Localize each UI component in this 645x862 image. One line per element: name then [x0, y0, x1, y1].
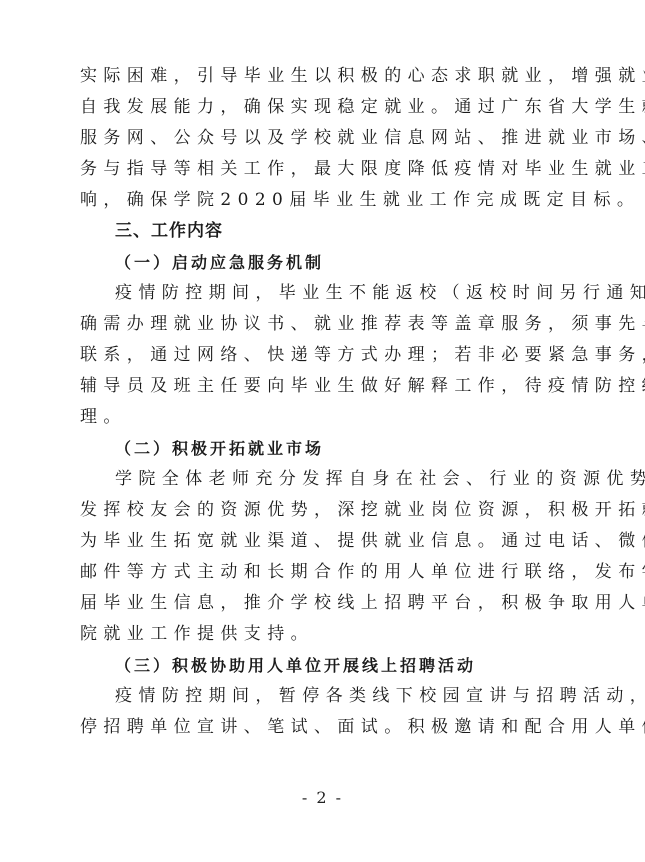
text-line: 发挥校友会的资源优势，深挖就业岗位资源，积极开拓就业市场，	[80, 495, 580, 526]
text-line: 邮件等方式主动和长期合作的用人单位进行联络，发布学院2020	[80, 557, 580, 588]
document-body: 实际困难，引导毕业生以积极的心态求职就业，增强就业能力和 自我发展能力，确保实现…	[80, 61, 580, 743]
document-page: 实际困难，引导毕业生以积极的心态求职就业，增强就业能力和 自我发展能力，确保实现…	[0, 0, 645, 862]
text-line: 服务网、公众号以及学校就业信息网站、推进就业市场、就业服	[80, 123, 580, 154]
text-line: 为毕业生拓宽就业渠道、提供就业信息。通过电话、微信、QQ、	[80, 526, 580, 557]
text-line: 停招聘单位宣讲、笔试、面试。积极邀请和配合用人单位通过腾	[80, 712, 580, 743]
text-line: 辅导员及班主任要向毕业生做好解释工作，待疫情防控结束后办	[80, 371, 580, 402]
subsection-heading: （二）积极开拓就业市场	[80, 433, 580, 464]
text-line: 实际困难，引导毕业生以积极的心态求职就业，增强就业能力和	[80, 61, 580, 92]
subsection-heading: （三）积极协助用人单位开展线上招聘活动	[80, 650, 580, 681]
text-line: 确需办理就业协议书、就业推荐表等盖章服务，须事先与辅导员	[80, 309, 580, 340]
paragraph-first-line: 疫情防控期间，毕业生不能返校（返校时间另行通知），如	[80, 278, 580, 309]
paragraph-first-line: 学院全体老师充分发挥自身在社会、行业的资源优势，充分	[80, 464, 580, 495]
text-line: 联系，通过网络、快递等方式办理；若非必要紧急事务，毕业班	[80, 340, 580, 371]
text-line: 务与指导等相关工作，最大限度降低疫情对毕业生就业工作的影	[80, 154, 580, 185]
text-line: 响，确保学院2020届毕业生就业工作完成既定目标。	[80, 185, 580, 216]
page-number: - 2 -	[0, 788, 645, 807]
section-heading: 三、工作内容	[80, 216, 580, 247]
subsection-heading: （一）启动应急服务机制	[80, 247, 580, 278]
paragraph-first-line: 疫情防控期间，暂停各类线下校园宣讲与招聘活动，包括暂	[80, 681, 580, 712]
text-line: 自我发展能力，确保实现稳定就业。通过广东省大学生就业创业	[80, 92, 580, 123]
text-line: 理。	[80, 402, 580, 433]
text-line: 院就业工作提供支持。	[80, 619, 580, 650]
text-line: 届毕业生信息，推介学校线上招聘平台，积极争取用人单位对学	[80, 588, 580, 619]
